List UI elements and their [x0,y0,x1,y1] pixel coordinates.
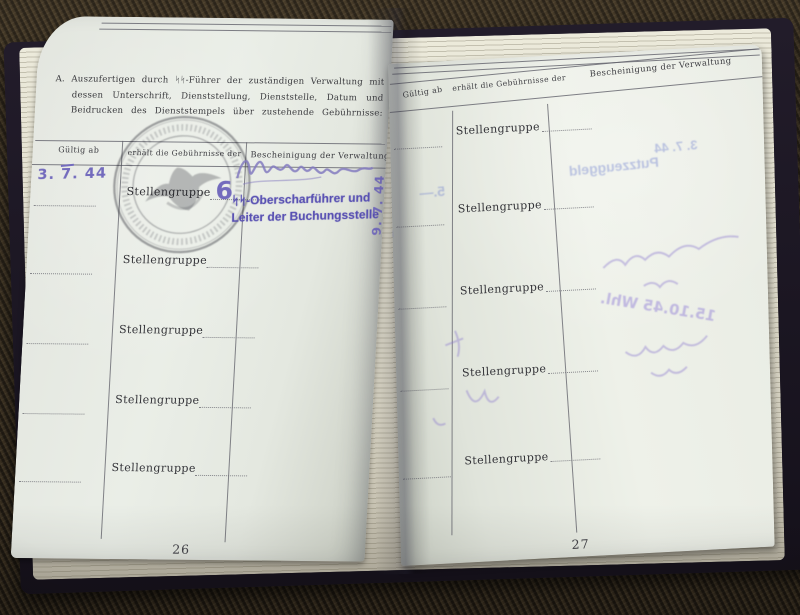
page-number-left: 26 [151,541,212,557]
page-number-right: 27 [550,535,610,553]
dotted-line [22,412,84,415]
row-label: Stellengruppe [115,393,200,407]
photo-scene: A. Auszufertigen durch ᛋᛋ-Führer der zus… [0,0,800,615]
top-rule-outer [102,23,392,27]
dotted-line [203,336,255,339]
official-purple-stamp: ᛋᛋ-Oberscharführer und Leiter der Buchun… [231,189,388,226]
dotted-line [199,406,251,409]
bleedthrough-scribbles [388,44,775,566]
handwritten-stellengruppe-value: 6 [215,176,233,206]
page-right: Gültig ab erhält die Gebührnisse der Bes… [388,44,775,566]
page-left: A. Auszufertigen durch ᛋᛋ-Führer der zus… [11,16,394,562]
dotted-line [206,266,258,269]
dotted-line [195,474,247,477]
row-label: Stellengruppe [119,323,204,337]
top-rule-inner [99,29,391,33]
dotted-line [26,342,88,345]
dotted-line [30,272,92,275]
row-label: Stellengruppe [111,461,196,475]
signature-scribble [232,144,377,195]
stamp-line: Leiter der Buchungsstelle [231,206,387,226]
handwritten-valid-from-date: 3. 7. 44 [37,166,107,184]
dotted-line [19,480,81,483]
dotted-line [34,204,96,207]
